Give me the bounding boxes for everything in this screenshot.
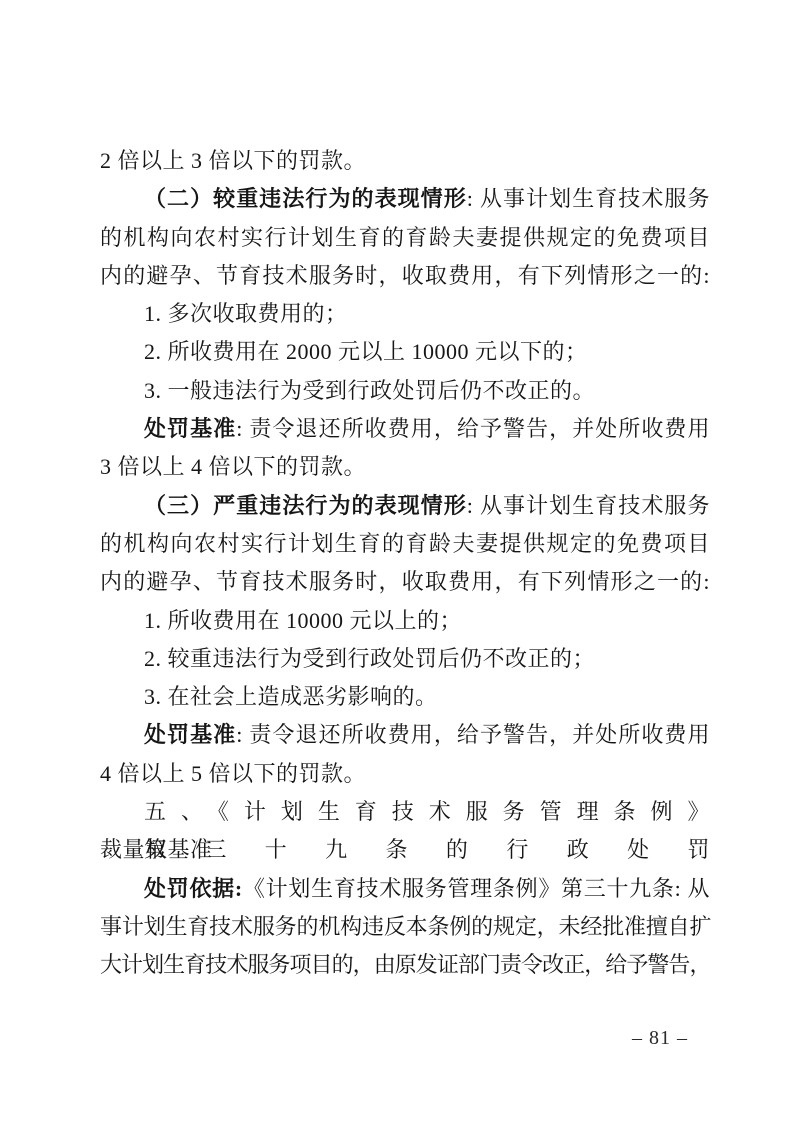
text-line: 2 倍以上 3 倍以下的罚款。 [100, 142, 710, 180]
text-segment: 3. 一般违法行为受到行政处罚后仍不改正的。 [144, 378, 595, 403]
text-segment: : 责令退还所收费用，给予警告，并处所收费用 [236, 722, 710, 747]
text-line: 3. 一般违法行为受到行政处罚后仍不改正的。 [100, 372, 710, 410]
text-segment: : 从事计划生育技术服务 [467, 493, 710, 518]
text-line: （三）严重违法行为的表现情形: 从事计划生育技术服务 [100, 487, 710, 525]
bold-text-segment: 处罚基准 [144, 416, 236, 441]
text-segment: 内的避孕、节育技术服务时，收取费用，有下列情形之一的: [100, 569, 710, 594]
text-segment: 3 倍以上 4 倍以下的罚款。 [100, 454, 366, 479]
bold-text-segment: 处罚依据: [144, 876, 243, 901]
text-line: 五、《计划生育技术服务管理条例》第三十九条的行政处罚 [100, 793, 710, 831]
text-segment: 4 倍以上 5 倍以下的罚款。 [100, 761, 366, 786]
text-segment: 2 倍以上 3 倍以下的罚款。 [100, 148, 366, 173]
bold-text-segment: （二）较重违法行为的表现情形 [144, 186, 467, 211]
text-line: 2. 较重违法行为受到行政处罚后仍不改正的； [100, 640, 710, 678]
text-line: 4 倍以上 5 倍以下的罚款。 [100, 755, 710, 793]
text-line: 内的避孕、节育技术服务时，收取费用，有下列情形之一的: [100, 563, 710, 601]
text-line: 内的避孕、节育技术服务时，收取费用，有下列情形之一的: [100, 257, 710, 295]
text-segment: 事计划生育技术服务的机构违反本条例的规定，未经批准擅自扩 [100, 914, 710, 939]
text-line: 1. 多次收取费用的； [100, 295, 710, 333]
text-segment: 2. 所收费用在 2000 元以上 10000 元以下的； [144, 339, 588, 364]
text-segment: 1. 多次收取费用的； [144, 301, 348, 326]
text-segment: 裁量权基准 [100, 837, 213, 862]
text-line: （二）较重违法行为的表现情形: 从事计划生育技术服务 [100, 180, 710, 218]
text-segment: 3. 在社会上造成恶劣影响的。 [144, 684, 438, 709]
text-line: 处罚依据:《计划生育技术服务管理条例》第三十九条: 从 [100, 870, 710, 908]
text-segment: 的机构向农村实行计划生育的育龄夫妻提供规定的免费项目 [100, 531, 710, 556]
text-segment: : 从事计划生育技术服务 [467, 186, 710, 211]
text-line: 3. 在社会上造成恶劣影响的。 [100, 678, 710, 716]
text-line: 事计划生育技术服务的机构违反本条例的规定，未经批准擅自扩 [100, 908, 710, 946]
text-segment: 内的避孕、节育技术服务时，收取费用，有下列情形之一的: [100, 263, 710, 288]
bold-text-segment: 处罚基准 [144, 722, 236, 747]
text-segment: 大计划生育技术服务项目的，由原发证部门责令改正，给予警告， [100, 952, 710, 977]
text-line: 大计划生育技术服务项目的，由原发证部门责令改正，给予警告， [100, 946, 710, 984]
text-line: 的机构向农村实行计划生育的育龄夫妻提供规定的免费项目 [100, 219, 710, 257]
text-line: 处罚基准: 责令退还所收费用，给予警告，并处所收费用 [100, 410, 710, 448]
text-segment: 五、《计划生育技术服务管理条例》第三十九条的行政处罚 [144, 799, 710, 862]
text-segment: 的机构向农村实行计划生育的育龄夫妻提供规定的免费项目 [100, 225, 710, 250]
text-line: 3 倍以上 4 倍以下的罚款。 [100, 448, 710, 486]
text-line: 2. 所收费用在 2000 元以上 10000 元以下的； [100, 333, 710, 371]
text-content: 2 倍以上 3 倍以下的罚款。（二）较重违法行为的表现情形: 从事计划生育技术服… [100, 142, 710, 985]
text-segment: 1. 所收费用在 10000 元以上的； [144, 608, 462, 633]
bold-text-segment: （三）严重违法行为的表现情形 [144, 493, 467, 518]
text-segment: 2. 较重违法行为受到行政处罚后仍不改正的； [144, 646, 595, 671]
text-line: 的机构向农村实行计划生育的育龄夫妻提供规定的免费项目 [100, 525, 710, 563]
text-segment: 《计划生育技术服务管理条例》第三十九条: 从 [243, 876, 710, 901]
document-page: 2 倍以上 3 倍以下的罚款。（二）较重违法行为的表现情形: 从事计划生育技术服… [0, 0, 794, 1122]
text-line: 处罚基准: 责令退还所收费用，给予警告，并处所收费用 [100, 716, 710, 754]
page-number: – 81 – [618, 1026, 702, 1050]
text-segment: : 责令退还所收费用，给予警告，并处所收费用 [236, 416, 710, 441]
text-line: 1. 所收费用在 10000 元以上的； [100, 602, 710, 640]
